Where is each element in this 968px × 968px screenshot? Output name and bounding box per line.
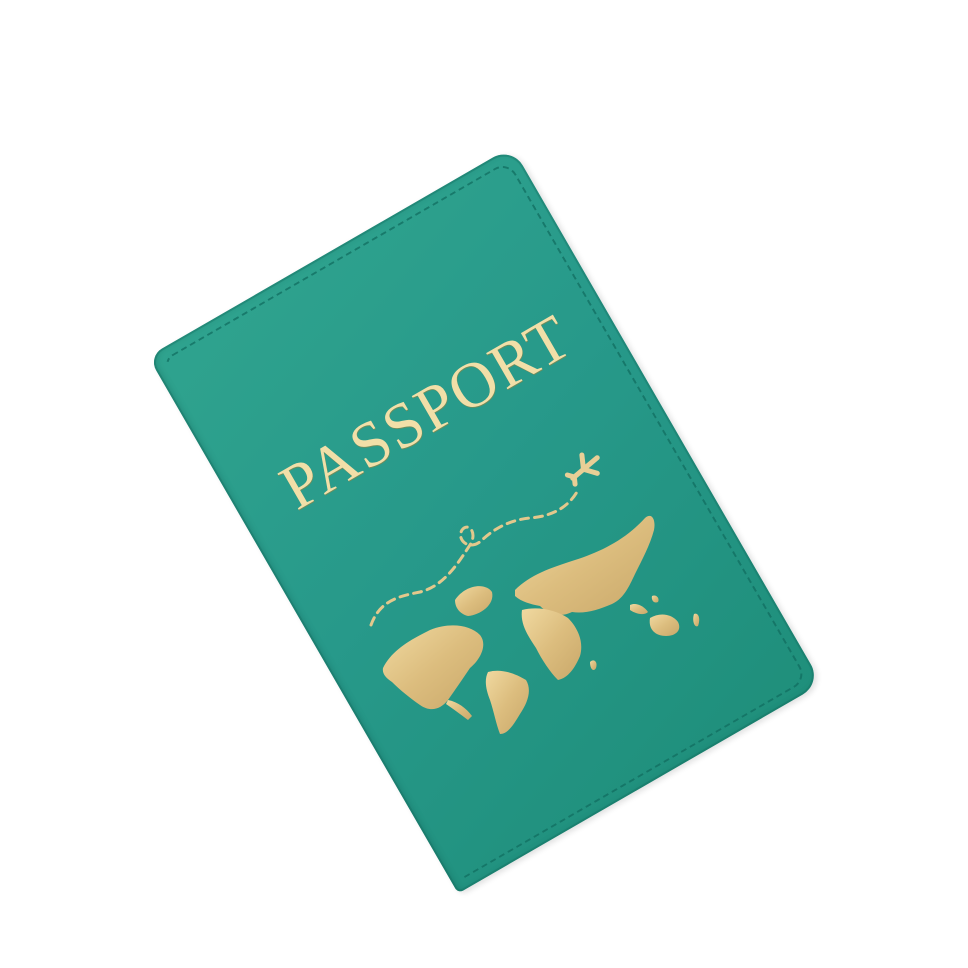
stitching	[162, 160, 808, 880]
passport-cover: PASSPORT	[148, 147, 822, 894]
product-photo: PASSPORT	[0, 0, 968, 968]
